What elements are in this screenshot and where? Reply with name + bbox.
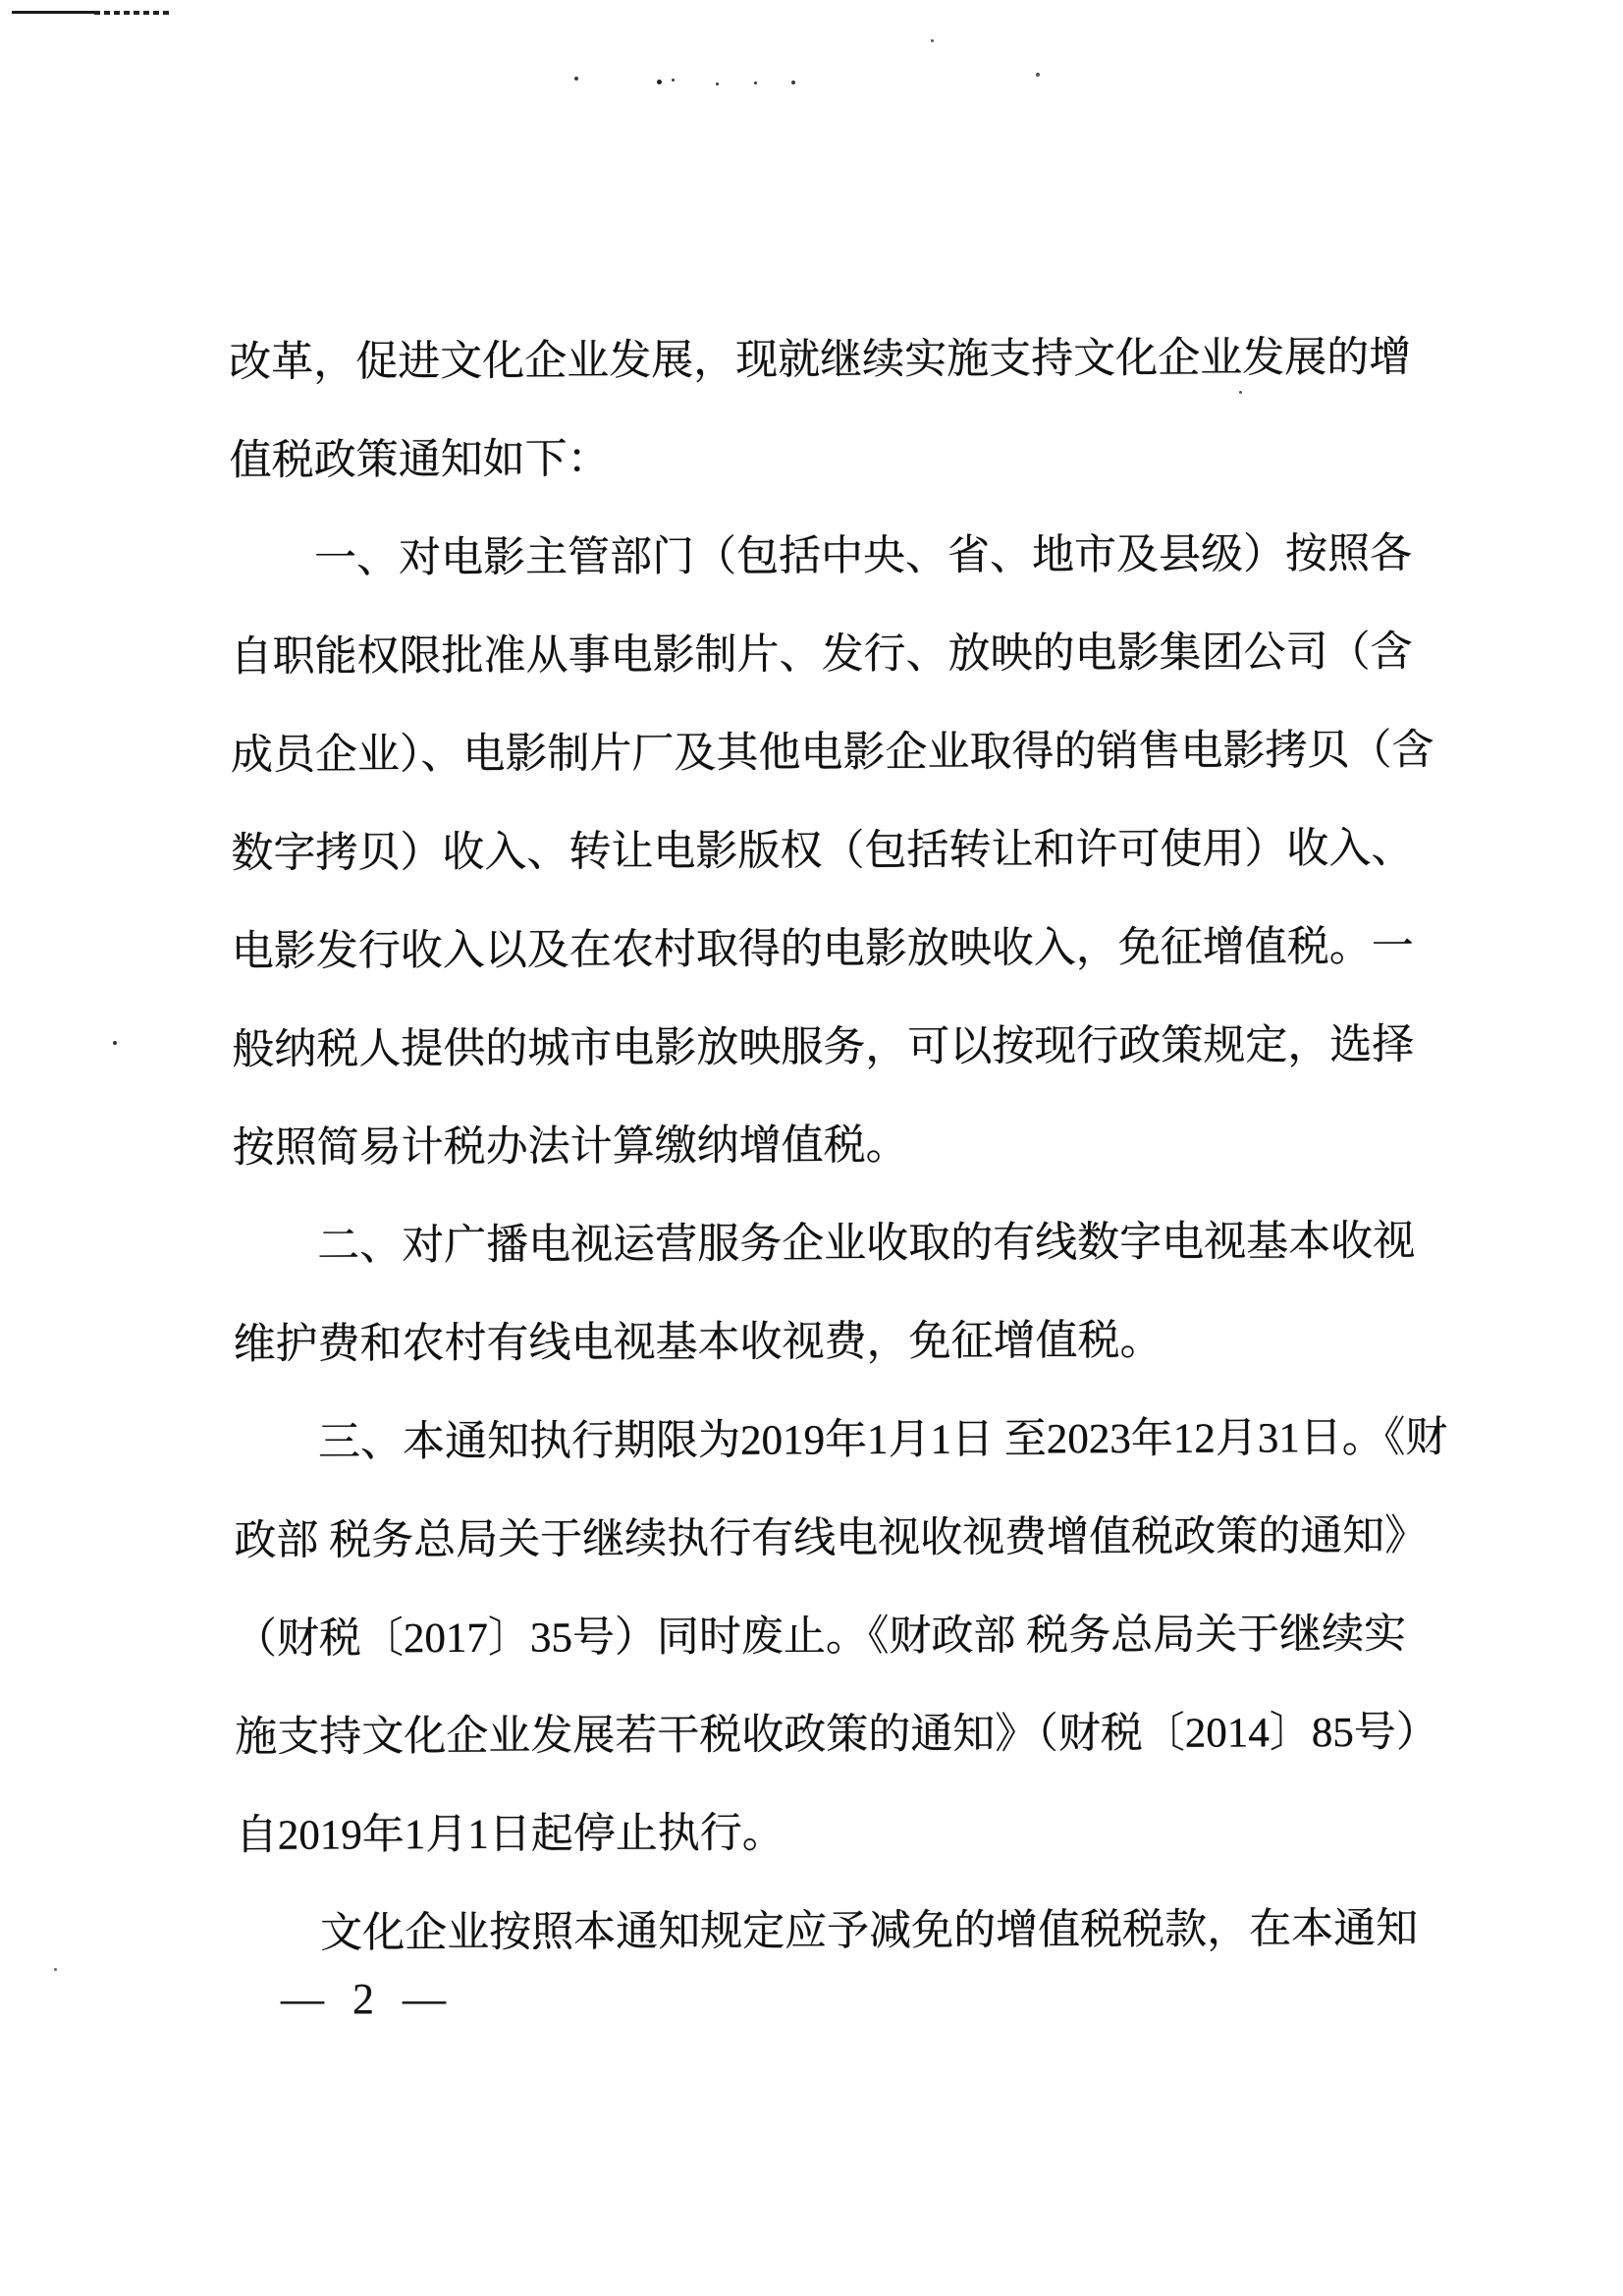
body-line: （财税〔2017〕35号）同时废止。《财政部 税务总局关于继续实 — [235, 1585, 1472, 1688]
body-line: 政部 税务总局关于继续执行有线电视收视费增值税政策的通知》 — [234, 1487, 1471, 1590]
scan-speck — [54, 1968, 57, 1971]
scan-speck — [716, 82, 719, 85]
body-line: 改革，促进文化企业发展，现就继续实施支持文化企业发展的增 — [229, 309, 1466, 412]
body-line: 文化企业按照本通知规定应予减免的增值税税款，在本通知 — [236, 1880, 1473, 1983]
scan-speck — [791, 81, 795, 84]
scan-speck — [1036, 73, 1040, 77]
body-line: 维护费和农村有线电视基本收视费，免征增值税。 — [233, 1290, 1470, 1394]
scan-speck — [931, 39, 934, 42]
document-body: 改革，促进文化企业发展，现就继续实施支持文化企业发展的增 值税政策通知如下： 一… — [229, 309, 1473, 1984]
body-line: 一、对电影主管部门（包括中央、省、地市及县级）按照各 — [230, 506, 1467, 609]
body-line: 自2019年1月1日起停止执行。 — [236, 1781, 1473, 1885]
body-line: 电影发行收入以及在农村取得的电影放映收入，免征增值税。一 — [232, 898, 1469, 1001]
scan-artifact-solid-line — [12, 11, 94, 14]
body-line: 成员企业）、电影制片厂及其他电影企业取得的销售电影拷贝（含 — [231, 701, 1468, 804]
body-line: 自职能权限批准从事电影制片、发行、放映的电影集团公司（含 — [230, 603, 1467, 706]
body-line: 按照简易计税办法计算缴纳增值税。 — [232, 1094, 1469, 1197]
scan-speck — [672, 79, 675, 82]
body-line: 般纳税人提供的城市电影放映服务，可以按现行政策规定，选择 — [232, 996, 1469, 1099]
body-line: 值税政策通知如下： — [229, 408, 1466, 511]
scan-speck — [754, 82, 757, 84]
scan-speck — [113, 1041, 117, 1045]
scan-artifact-dashed-line — [94, 11, 169, 15]
body-line: 三、本通知执行期限为2019年1月1日 至2023年12月31日。《财 — [234, 1389, 1471, 1492]
body-line: 施支持文化企业发展若干税收政策的通知》（财税〔2014〕85号） — [235, 1683, 1472, 1786]
body-line: 二、对广播电视运营服务企业收取的有线数字电视基本收视 — [233, 1192, 1470, 1295]
scan-speck — [574, 77, 578, 81]
scan-speck — [657, 80, 662, 84]
body-line: 数字拷贝）收入、转让电影版权（包括转让和许可使用）收入、 — [231, 799, 1468, 902]
page-number: — 2 — — [281, 1976, 455, 2023]
